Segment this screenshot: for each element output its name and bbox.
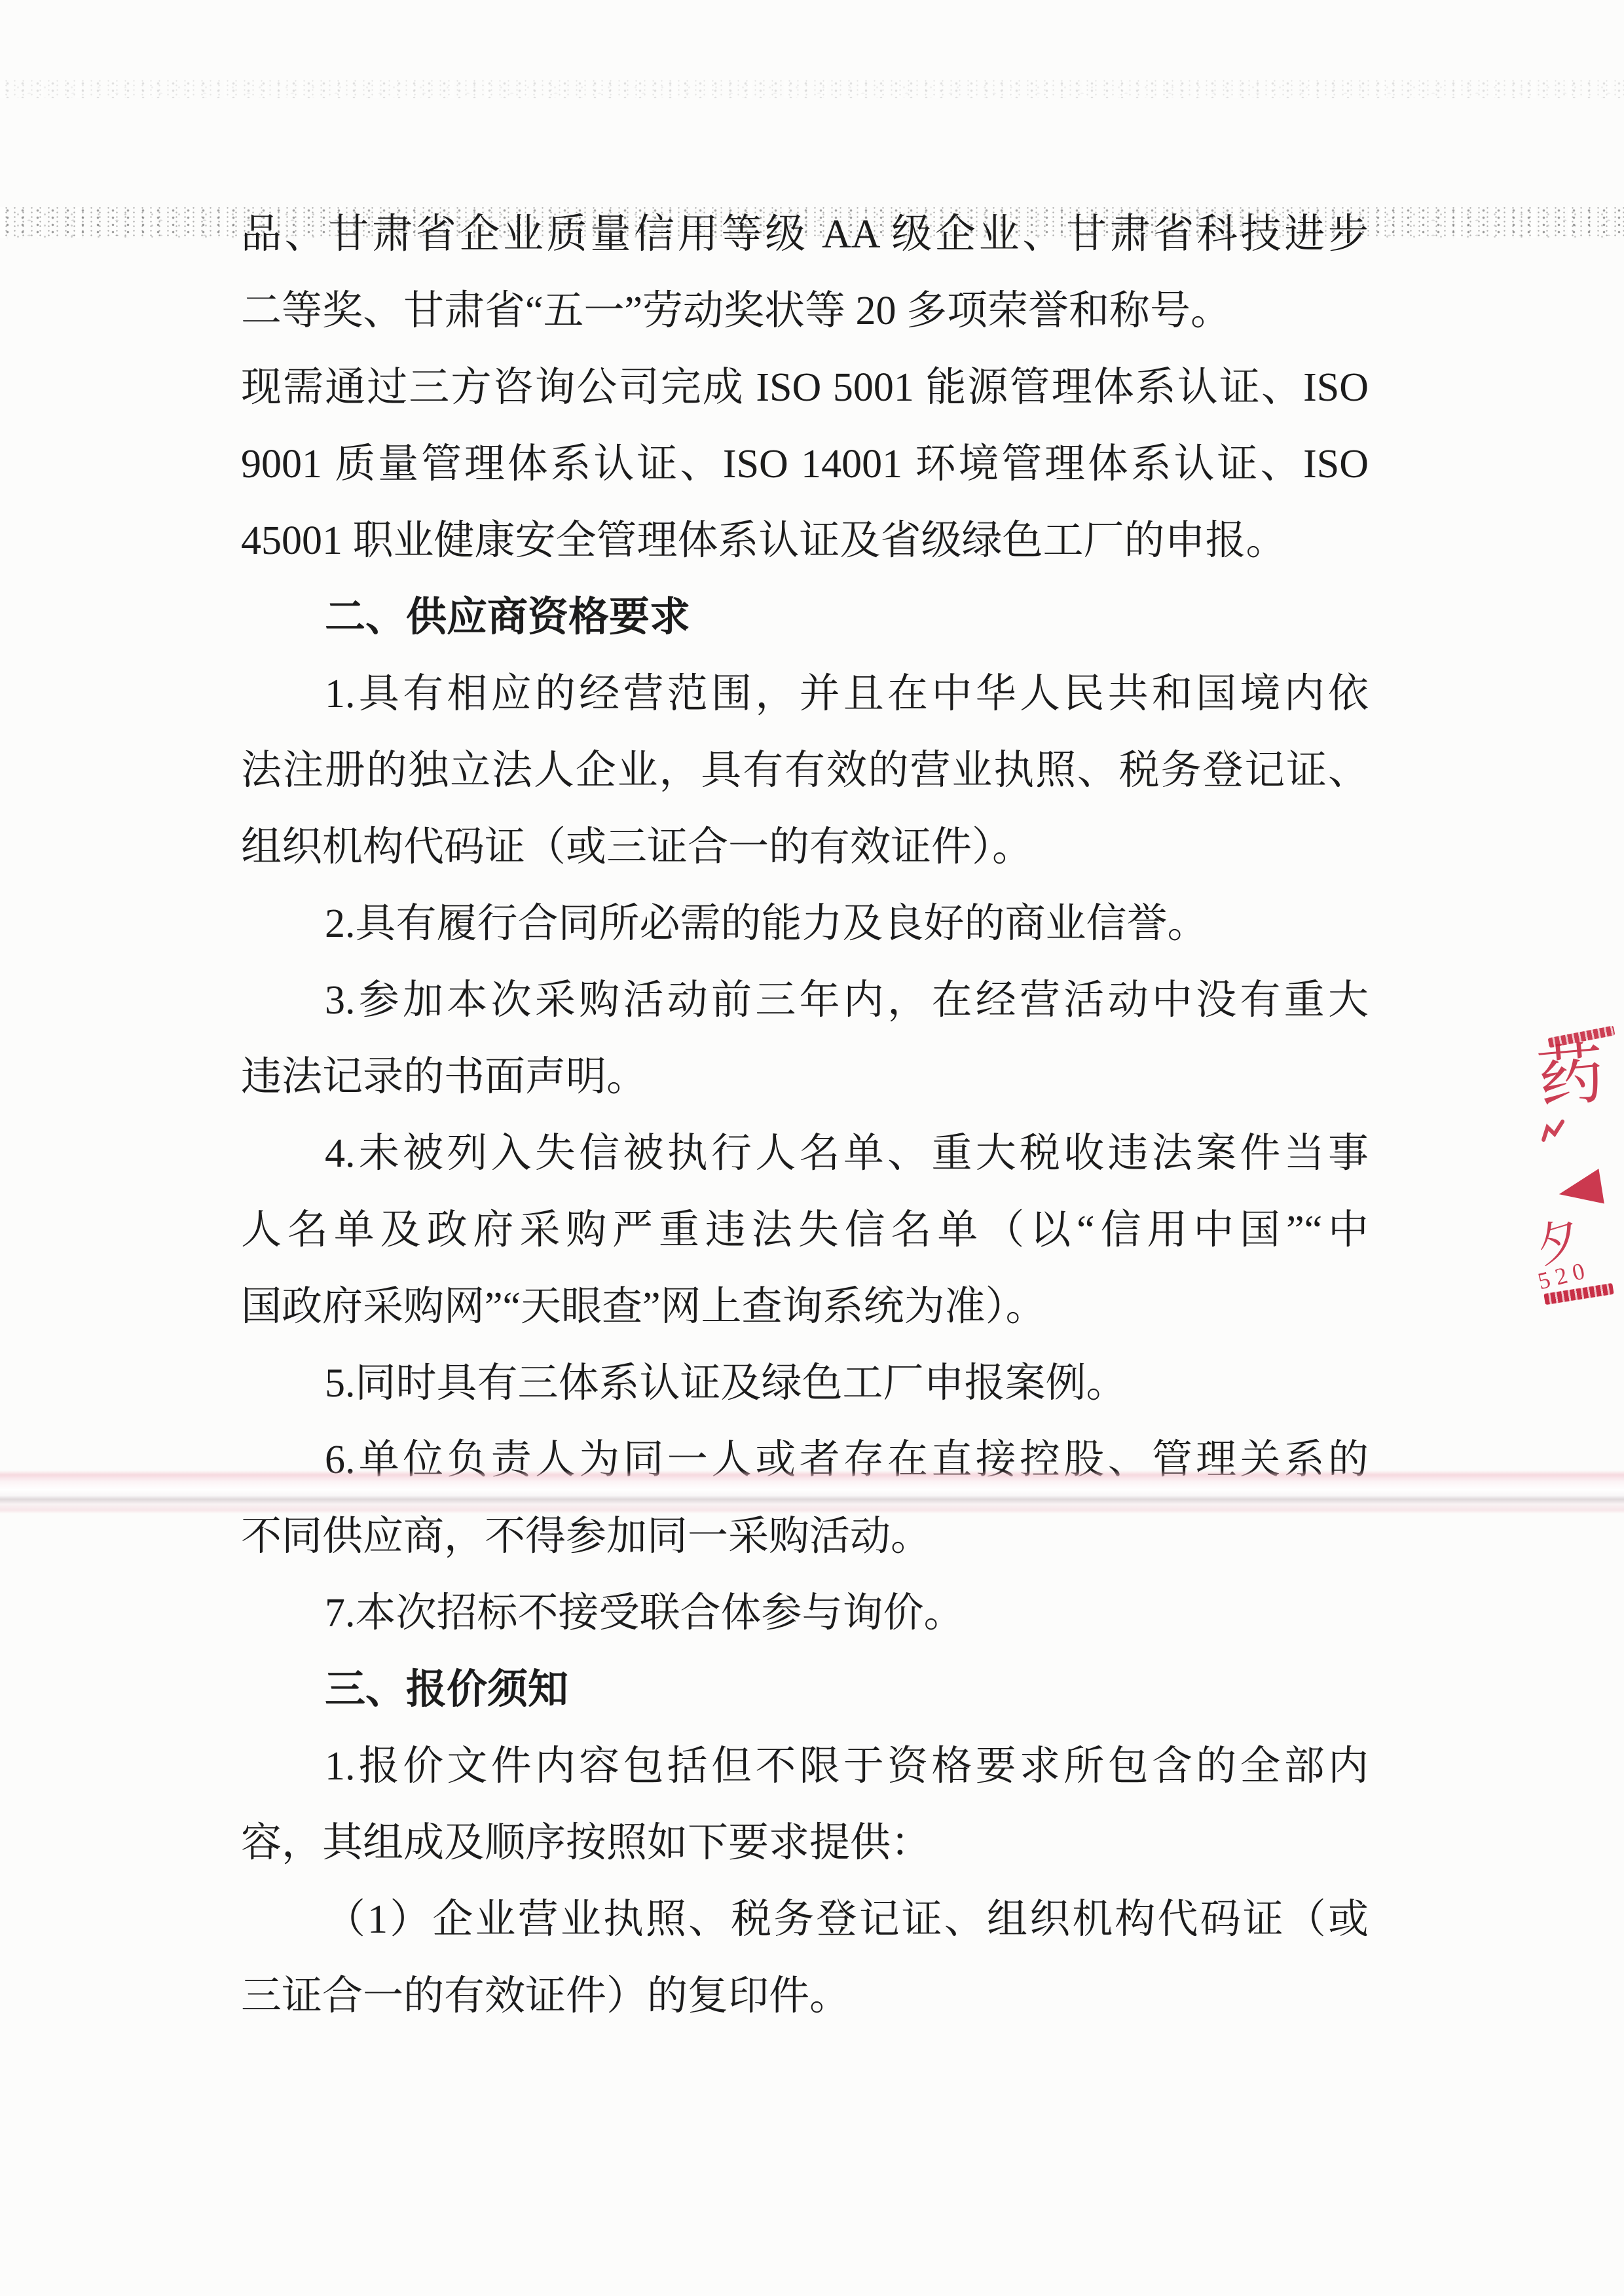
text-line: 违法记录的书面声明。 [241, 1039, 1369, 1116]
text-line: 45001 职业健康安全管理体系认证及省级绿色工厂的申报。 [241, 503, 1369, 579]
text-line: 法注册的独立法人企业，具有有效的营业执照、税务登记证、 [241, 733, 1369, 809]
text-line: （1）企业营业执照、税务登记证、组织机构代码证（或 [241, 1882, 1369, 1958]
document-page: 品、甘肃省企业质量信用等级 AA 级企业、甘肃省科技进步二等奖、甘肃省“五一”劳… [0, 0, 1624, 2296]
text-line: 1.报价文件内容包括但不限于资格要求所包含的全部内 [241, 1728, 1369, 1805]
scan-pink-stripe [0, 1470, 1624, 1514]
text-line: 容，其组成及顺序按照如下要求提供： [241, 1805, 1369, 1882]
text-line: 7.本次招标不接受联合体参与询价。 [241, 1575, 1369, 1652]
text-line: 组织机构代码证（或三证合一的有效证件）。 [241, 809, 1369, 886]
text-line: 现需通过三方咨询公司完成 ISO 5001 能源管理体系认证、ISO [241, 350, 1369, 426]
stamp-stroke-fragment-icon [1538, 1116, 1572, 1144]
stamp-fragment: 药 夕 520 [1532, 1021, 1624, 1309]
text-line: 二等奖、甘肃省“五一”劳动奖状等 20 多项荣誉和称号。 [241, 273, 1369, 350]
text-line: 4.未被列入失信被执行人名单、重大税收违法案件当事 [241, 1116, 1369, 1192]
stamp-char-yao: 药 [1535, 1041, 1608, 1114]
text-line: 国政府采购网”“天眼查”网上查询系统为准）。 [241, 1269, 1369, 1345]
text-line: 5.同时具有三体系认证及绿色工厂申报案例。 [241, 1345, 1369, 1422]
text-line: 9001 质量管理体系认证、ISO 14001 环境管理体系认证、ISO [241, 426, 1369, 503]
text-line: 三证合一的有效证件）的复印件。 [241, 1958, 1369, 2035]
text-line: 三、报价须知 [241, 1652, 1369, 1728]
text-line: 人名单及政府采购严重违法失信名单（以“信用中国”“中 [241, 1192, 1369, 1269]
text-line: 3.参加本次采购活动前三年内，在经营活动中没有重大 [241, 962, 1369, 1039]
stamp-triangle-icon [1556, 1169, 1604, 1211]
text-line: 品、甘肃省企业质量信用等级 AA 级企业、甘肃省科技进步 [241, 196, 1369, 273]
text-line: 2.具有履行合同所必需的能力及良好的商业信誉。 [241, 886, 1369, 962]
scan-noise-top-edge [0, 80, 1624, 98]
document-text: 品、甘肃省企业质量信用等级 AA 级企业、甘肃省科技进步二等奖、甘肃省“五一”劳… [241, 196, 1369, 2035]
text-line: 1.具有相应的经营范围，并且在中华人民共和国境内依 [241, 656, 1369, 733]
text-line: 二、供应商资格要求 [241, 579, 1369, 656]
